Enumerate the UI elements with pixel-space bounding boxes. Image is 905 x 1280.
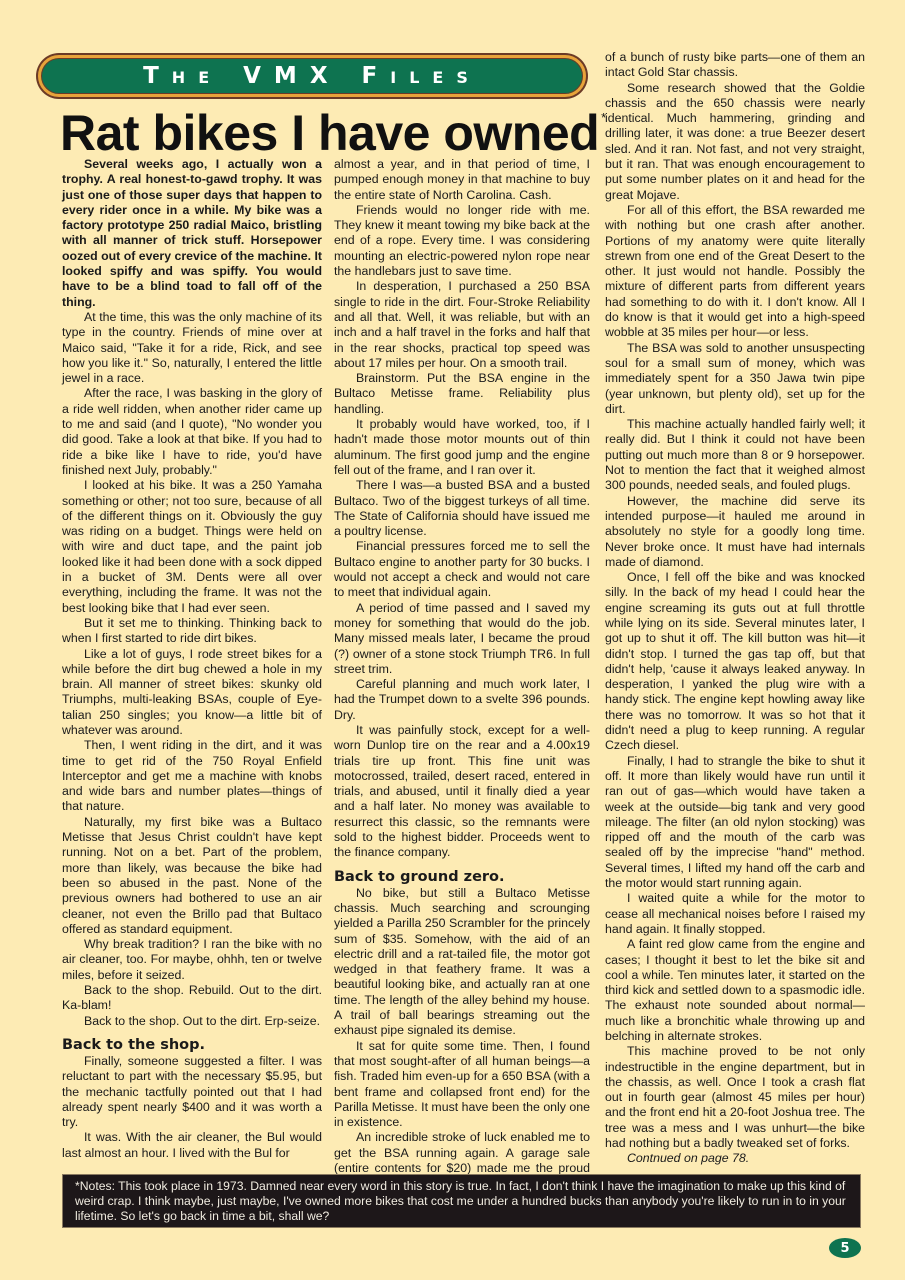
footnote-text: *Notes: This took place in 1973. Damned …	[75, 1179, 846, 1223]
paragraph: of a bunch of rusty bike parts—one of th…	[605, 50, 865, 81]
page-number: 5	[840, 1241, 849, 1256]
paragraph: Finally, someone suggested a filter. I w…	[62, 1054, 322, 1130]
article-column-1: Several weeks ago, I actually won a trop…	[62, 157, 322, 1161]
paragraph: Back to the shop. Rebuild. Out to the di…	[62, 983, 322, 1014]
paragraph: Financial pressures forced me to sell th…	[334, 539, 590, 600]
article-headline: Rat bikes I have owned*	[60, 104, 606, 162]
paragraph: Finally, I had to strangle the bike to s…	[605, 754, 865, 892]
section-banner-label: The VMX Files	[143, 63, 481, 89]
paragraph: However, the machine did serve its inten…	[605, 494, 865, 570]
headline-text: Rat bikes I have owned	[60, 105, 599, 161]
footnote-box: *Notes: This took place in 1973. Damned …	[62, 1174, 861, 1228]
paragraph: Once, I fell off the bike and was knocke…	[605, 570, 865, 754]
subheading-back-to-shop: Back to the shop.	[62, 1037, 322, 1054]
continued-note: Contnued on page 78.	[605, 1151, 865, 1166]
paragraph: A faint red glow came from the engine an…	[605, 937, 865, 1044]
paragraph: I waited quite a while for the motor to …	[605, 891, 865, 937]
paragraph: Careful planning and much work later, I …	[334, 677, 590, 723]
paragraph: A period of time passed and I saved my m…	[334, 601, 590, 677]
paragraph: Naturally, my first bike was a Bultaco M…	[62, 815, 322, 937]
paragraph: For all of this effort, the BSA rewarded…	[605, 203, 865, 341]
subheading-ground-zero: Back to ground zero.	[334, 869, 590, 886]
section-banner: The VMX Files	[38, 55, 586, 97]
paragraph: The BSA was sold to another unsuspecting…	[605, 341, 865, 417]
article-column-2: almost a year, and in that period of tim…	[334, 157, 590, 1192]
paragraph: Then, I went riding in the dirt, and it …	[62, 738, 322, 814]
paragraph: After the race, I was basking in the glo…	[62, 386, 322, 478]
paragraph: Why break tradition? I ran the bike with…	[62, 937, 322, 983]
paragraph: Back to the shop. Out to the dirt. Erp-s…	[62, 1014, 322, 1029]
paragraph: Friends would no longer ride with me. Th…	[334, 203, 590, 279]
paragraph: In desperation, I purchased a 250 BSA si…	[334, 279, 590, 371]
article-column-3: of a bunch of rusty bike parts—one of th…	[605, 50, 865, 1167]
paragraph: Brainstorm. Put the BSA engine in the Bu…	[334, 371, 590, 417]
paragraph: I looked at his bike. It was a 250 Yamah…	[62, 478, 322, 616]
paragraph: There I was—a busted BSA and a busted Bu…	[334, 478, 590, 539]
paragraph: Some research showed that the Goldie cha…	[605, 81, 865, 203]
paragraph: It sat for quite some time. Then, I foun…	[334, 1039, 590, 1131]
paragraph: It probably would have worked, too, if I…	[334, 417, 590, 478]
paragraph: almost a year, and in that period of tim…	[334, 157, 590, 203]
paragraph: This machine actually handled fairly wel…	[605, 417, 865, 493]
lead-paragraph: Several weeks ago, I actually won a trop…	[62, 157, 322, 310]
paragraph: At the time, this was the only machine o…	[62, 310, 322, 386]
paragraph: But it set me to thinking. Thinking back…	[62, 616, 322, 647]
paragraph: No bike, but still a Bultaco Metisse cha…	[334, 886, 590, 1039]
paragraph: It was. With the air cleaner, the Bul wo…	[62, 1130, 322, 1161]
page-number-badge: 5	[829, 1238, 861, 1258]
paragraph: It was painfully stock, except for a wel…	[334, 723, 590, 861]
paragraph: Like a lot of guys, I rode street bikes …	[62, 647, 322, 739]
paragraph: This machine proved to be not only indes…	[605, 1044, 865, 1151]
